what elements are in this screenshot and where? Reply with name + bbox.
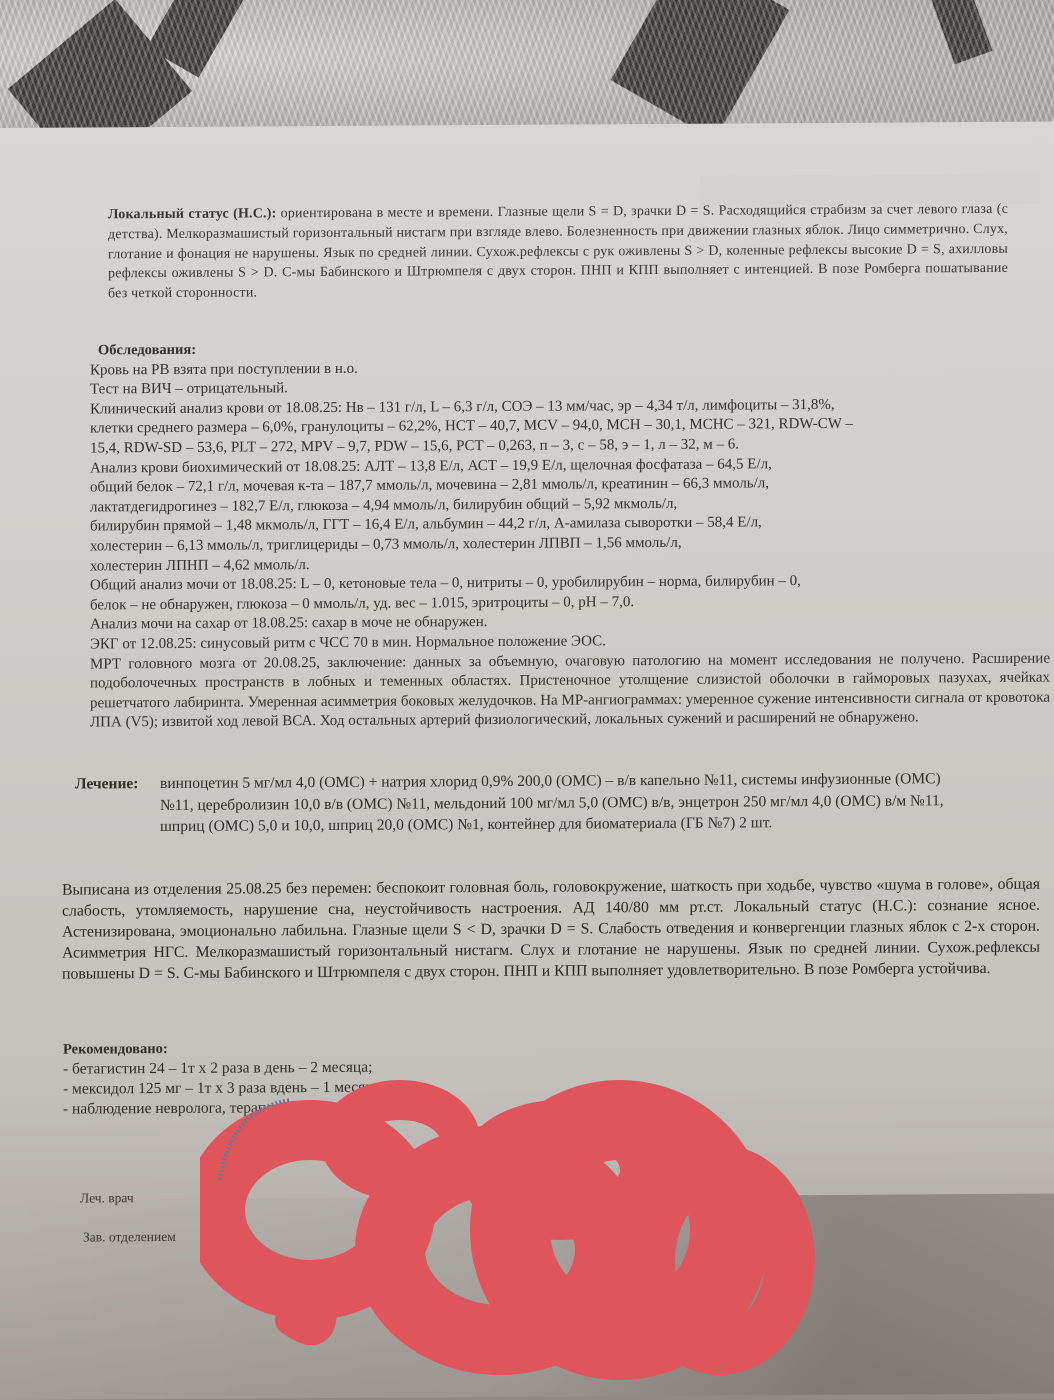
local-status-label: Локальный статус (Н.С.): [108, 206, 276, 222]
redaction-scribble [200, 1080, 840, 1380]
treatment-section: Лечение: винпоцетин 5 мг/мл 4,0 (ОМС) + … [75, 768, 975, 838]
discharge-section: Выписана из отделения 25.08.25 без перем… [62, 874, 1040, 985]
attending-physician-label: Леч. врач [80, 1190, 134, 1206]
fur-texture [0, 0, 1054, 140]
treatment-label: Лечение: [75, 773, 138, 795]
blanket-background [0, 0, 1054, 140]
examinations-section: Обследования: Кровь на РВ взята при пост… [90, 336, 1020, 734]
local-status-section: Локальный статус (Н.С.): ориентирована в… [108, 200, 1008, 304]
examinations-list: Кровь на РВ взята при поступлении в н.о.… [90, 355, 1020, 655]
mrt-conclusion: МРТ головного мозга от 20.08.25, заключе… [90, 649, 1050, 733]
treatment-text: винпоцетин 5 мг/мл 4,0 (ОМС) + натрия хл… [160, 768, 975, 837]
department-head-label: Зав. отделением [83, 1229, 176, 1246]
